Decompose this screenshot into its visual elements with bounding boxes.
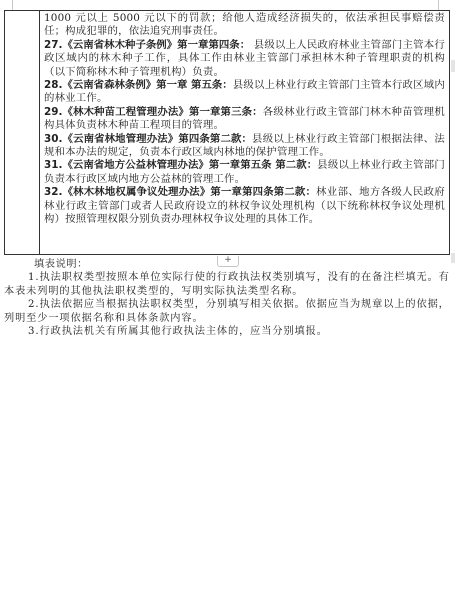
- law-citation: 31.《云南省地方公益林管理办法》第一章第五条 第二款：: [44, 159, 317, 171]
- law-citation: 30.《云南省林地管理办法》第四条第二款：: [44, 133, 252, 145]
- law-citation: 27.《云南省林木种子条例》第一章第四条：: [44, 39, 250, 51]
- notes-title: 填表说明：: [4, 258, 450, 271]
- law-paragraph-30: 30.《云南省林地管理办法》第四条第二款：县级以上林业行政主管部门根据法律、法规…: [44, 133, 445, 160]
- notes-item-1: 1.执法职权类型按照本单位实际行使的行政执法权类别填写，没有的在备注栏填无。有本…: [4, 271, 450, 298]
- law-paragraph-29: 29.《林木种苗工程管理办法》第一章第三条：各级林业行政主管部门林木种苗管理机构…: [44, 106, 445, 133]
- law-citation: 28.《云南省森林条例》第一章 第五条：: [44, 79, 233, 91]
- law-paragraph-32: 32.《林木林地权属争议处理办法》第一章第四条第二款：林业部、地方各级人民政府林…: [44, 186, 445, 226]
- law-citation: 32.《林木林地权属争议处理办法》第一章第四条第二款：: [44, 186, 316, 198]
- table-cell-law-basis[interactable]: 1000 元以上 5000 元以下的罚款；给他人造成经济损失的，依法承担民事赔偿…: [40, 11, 449, 254]
- table-resize-handle[interactable]: [451, 60, 455, 72]
- page-corner-mark-left: [12, 0, 13, 10]
- notes-item-2: 2.执法依据应当根据执法职权类型，分别填写相关依据。依据应当为规章以上的依据，列…: [4, 298, 450, 325]
- document-page: 1000 元以上 5000 元以下的罚款；给他人造成经济损失的，依法承担民事赔偿…: [0, 0, 455, 600]
- law-citation: 29.《林木种苗工程管理办法》第一章第三条：: [44, 106, 263, 118]
- law-paragraph-27: 27.《云南省林木种子条例》第一章第四条： 县级以上人民政府林业主管部门主管本行…: [44, 39, 445, 79]
- law-basis-table: 1000 元以上 5000 元以下的罚款；给他人造成经济损失的，依法承担民事赔偿…: [4, 10, 450, 255]
- page-corner-mark-right: [438, 0, 439, 10]
- table-cell-left[interactable]: [5, 11, 40, 254]
- fill-instructions: 填表说明： 1.执法职权类型按照本单位实际行使的行政执法权类别填写，没有的在备注…: [4, 258, 450, 338]
- law-paragraph-continuation: 1000 元以上 5000 元以下的罚款；给他人造成经济损失的，依法承担民事赔偿…: [44, 12, 445, 39]
- table-corner-handle[interactable]: [451, 253, 455, 263]
- law-paragraph-28: 28.《云南省森林条例》第一章 第五条：县级以上林业行政主管部门主管本行政区域内…: [44, 79, 445, 106]
- law-paragraph-31: 31.《云南省地方公益林管理办法》第一章第五条 第二款：县级以上林业行政主管部门…: [44, 159, 445, 186]
- notes-item-3: 3.行政执法机关有所属其他行政执法主体的，应当分别填报。: [4, 325, 450, 338]
